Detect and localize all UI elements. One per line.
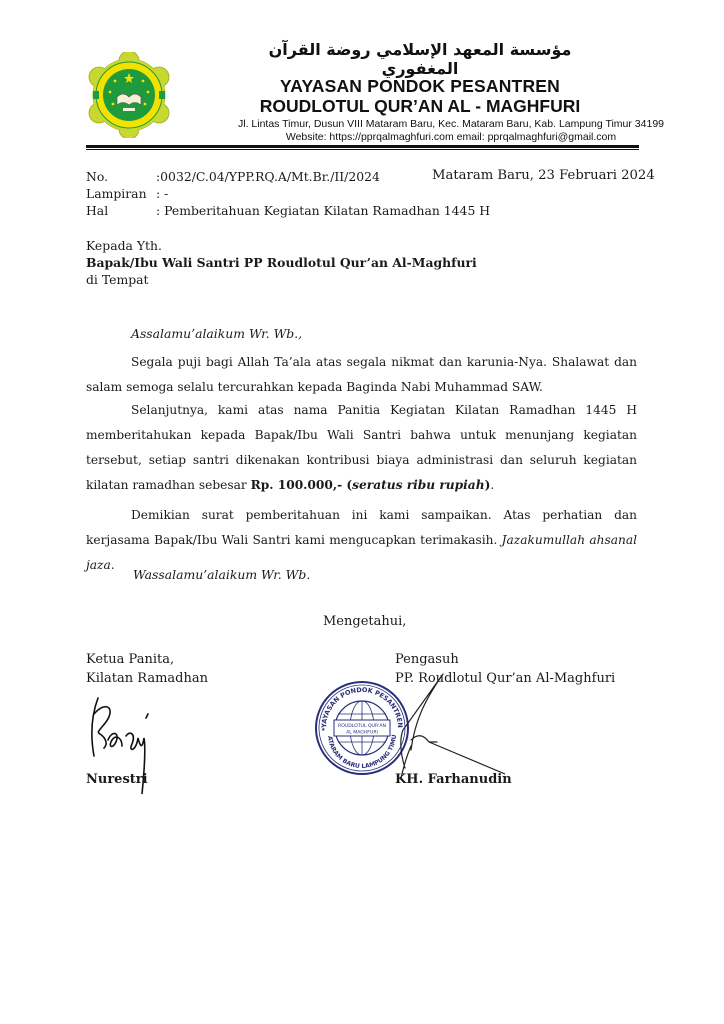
- stamp-center-line2: AL MAGHFURI: [346, 730, 378, 736]
- right-signer-title1: Pengasuh: [395, 652, 459, 668]
- paragraph-1-text: Segala puji bagi Allah Ta’ala atas segal…: [86, 355, 637, 394]
- header-rule-thin: [86, 149, 639, 150]
- org-contact: Website: https://pprqalmaghfuri.com emai…: [196, 131, 706, 143]
- closing-salutation: Wassalamu’alaikum Wr. Wb.: [133, 567, 310, 583]
- left-signer-title2: Kilatan Ramadhan: [86, 671, 208, 687]
- subject-label: Hal: [86, 203, 108, 219]
- pesantren-logo-icon: [74, 52, 184, 138]
- header-rule-thick: [86, 145, 639, 148]
- place-date: Mataram Baru, 23 Februari 2024: [432, 168, 655, 183]
- left-signer-title1: Ketua Panita,: [86, 652, 174, 668]
- acknowledged-label: Mengetahui,: [323, 614, 406, 630]
- svg-text:★: ★: [321, 727, 326, 733]
- attachment-value: : -: [156, 186, 168, 202]
- recipient-name: Bapak/Ibu Wali Santri PP Roudlotul Qur’a…: [86, 255, 477, 271]
- fee-amount: Rp. 100.000,-: [251, 478, 343, 492]
- paragraph-1: Segala puji bagi Allah Ta’ala atas segal…: [86, 350, 637, 400]
- number-value: :0032/C.04/YPP.RQ.A/Mt.Br./II/2024: [156, 169, 380, 185]
- fee-amount-words: seratus ribu rupiah: [352, 478, 484, 492]
- paragraph-2: Selanjutnya, kami atas nama Panitia Kegi…: [86, 398, 637, 498]
- paragraph-3-end: .: [111, 558, 115, 572]
- opening-salutation: Assalamu’alaikum Wr. Wb.,: [131, 326, 302, 342]
- left-signer-name: Nurestri: [86, 772, 148, 788]
- subject-value: : Pemberitahuan Kegiatan Kilatan Ramadha…: [156, 203, 490, 219]
- number-label: No.: [86, 169, 108, 185]
- recipient-greeting: Kepada Yth.: [86, 238, 162, 254]
- letter-page: مؤسسة المعهد الإسلامي روضة القرآن المغفو…: [0, 0, 724, 1024]
- arabic-org-title: مؤسسة المعهد الإسلامي روضة القرآن المغفو…: [250, 40, 590, 78]
- right-signer-name: KH. Farhanudin: [395, 772, 512, 788]
- org-name-line1: YAYASAN PONDOK PESANTREN: [190, 76, 650, 97]
- attachment-label: Lampiran: [86, 186, 147, 202]
- paragraph-2-end: .: [490, 478, 494, 492]
- signature-icon: [395, 670, 505, 780]
- stamp-center-line1: ROUDLOTUL QUR'AN: [338, 723, 386, 729]
- fee-paren-open: (: [342, 478, 352, 492]
- recipient-location: di Tempat: [86, 272, 149, 288]
- org-name-line2: ROUDLOTUL QUR’AN AL - MAGHFURI: [190, 96, 650, 117]
- org-address: Jl. Lintas Timur, Dusun VIII Mataram Bar…: [196, 118, 706, 130]
